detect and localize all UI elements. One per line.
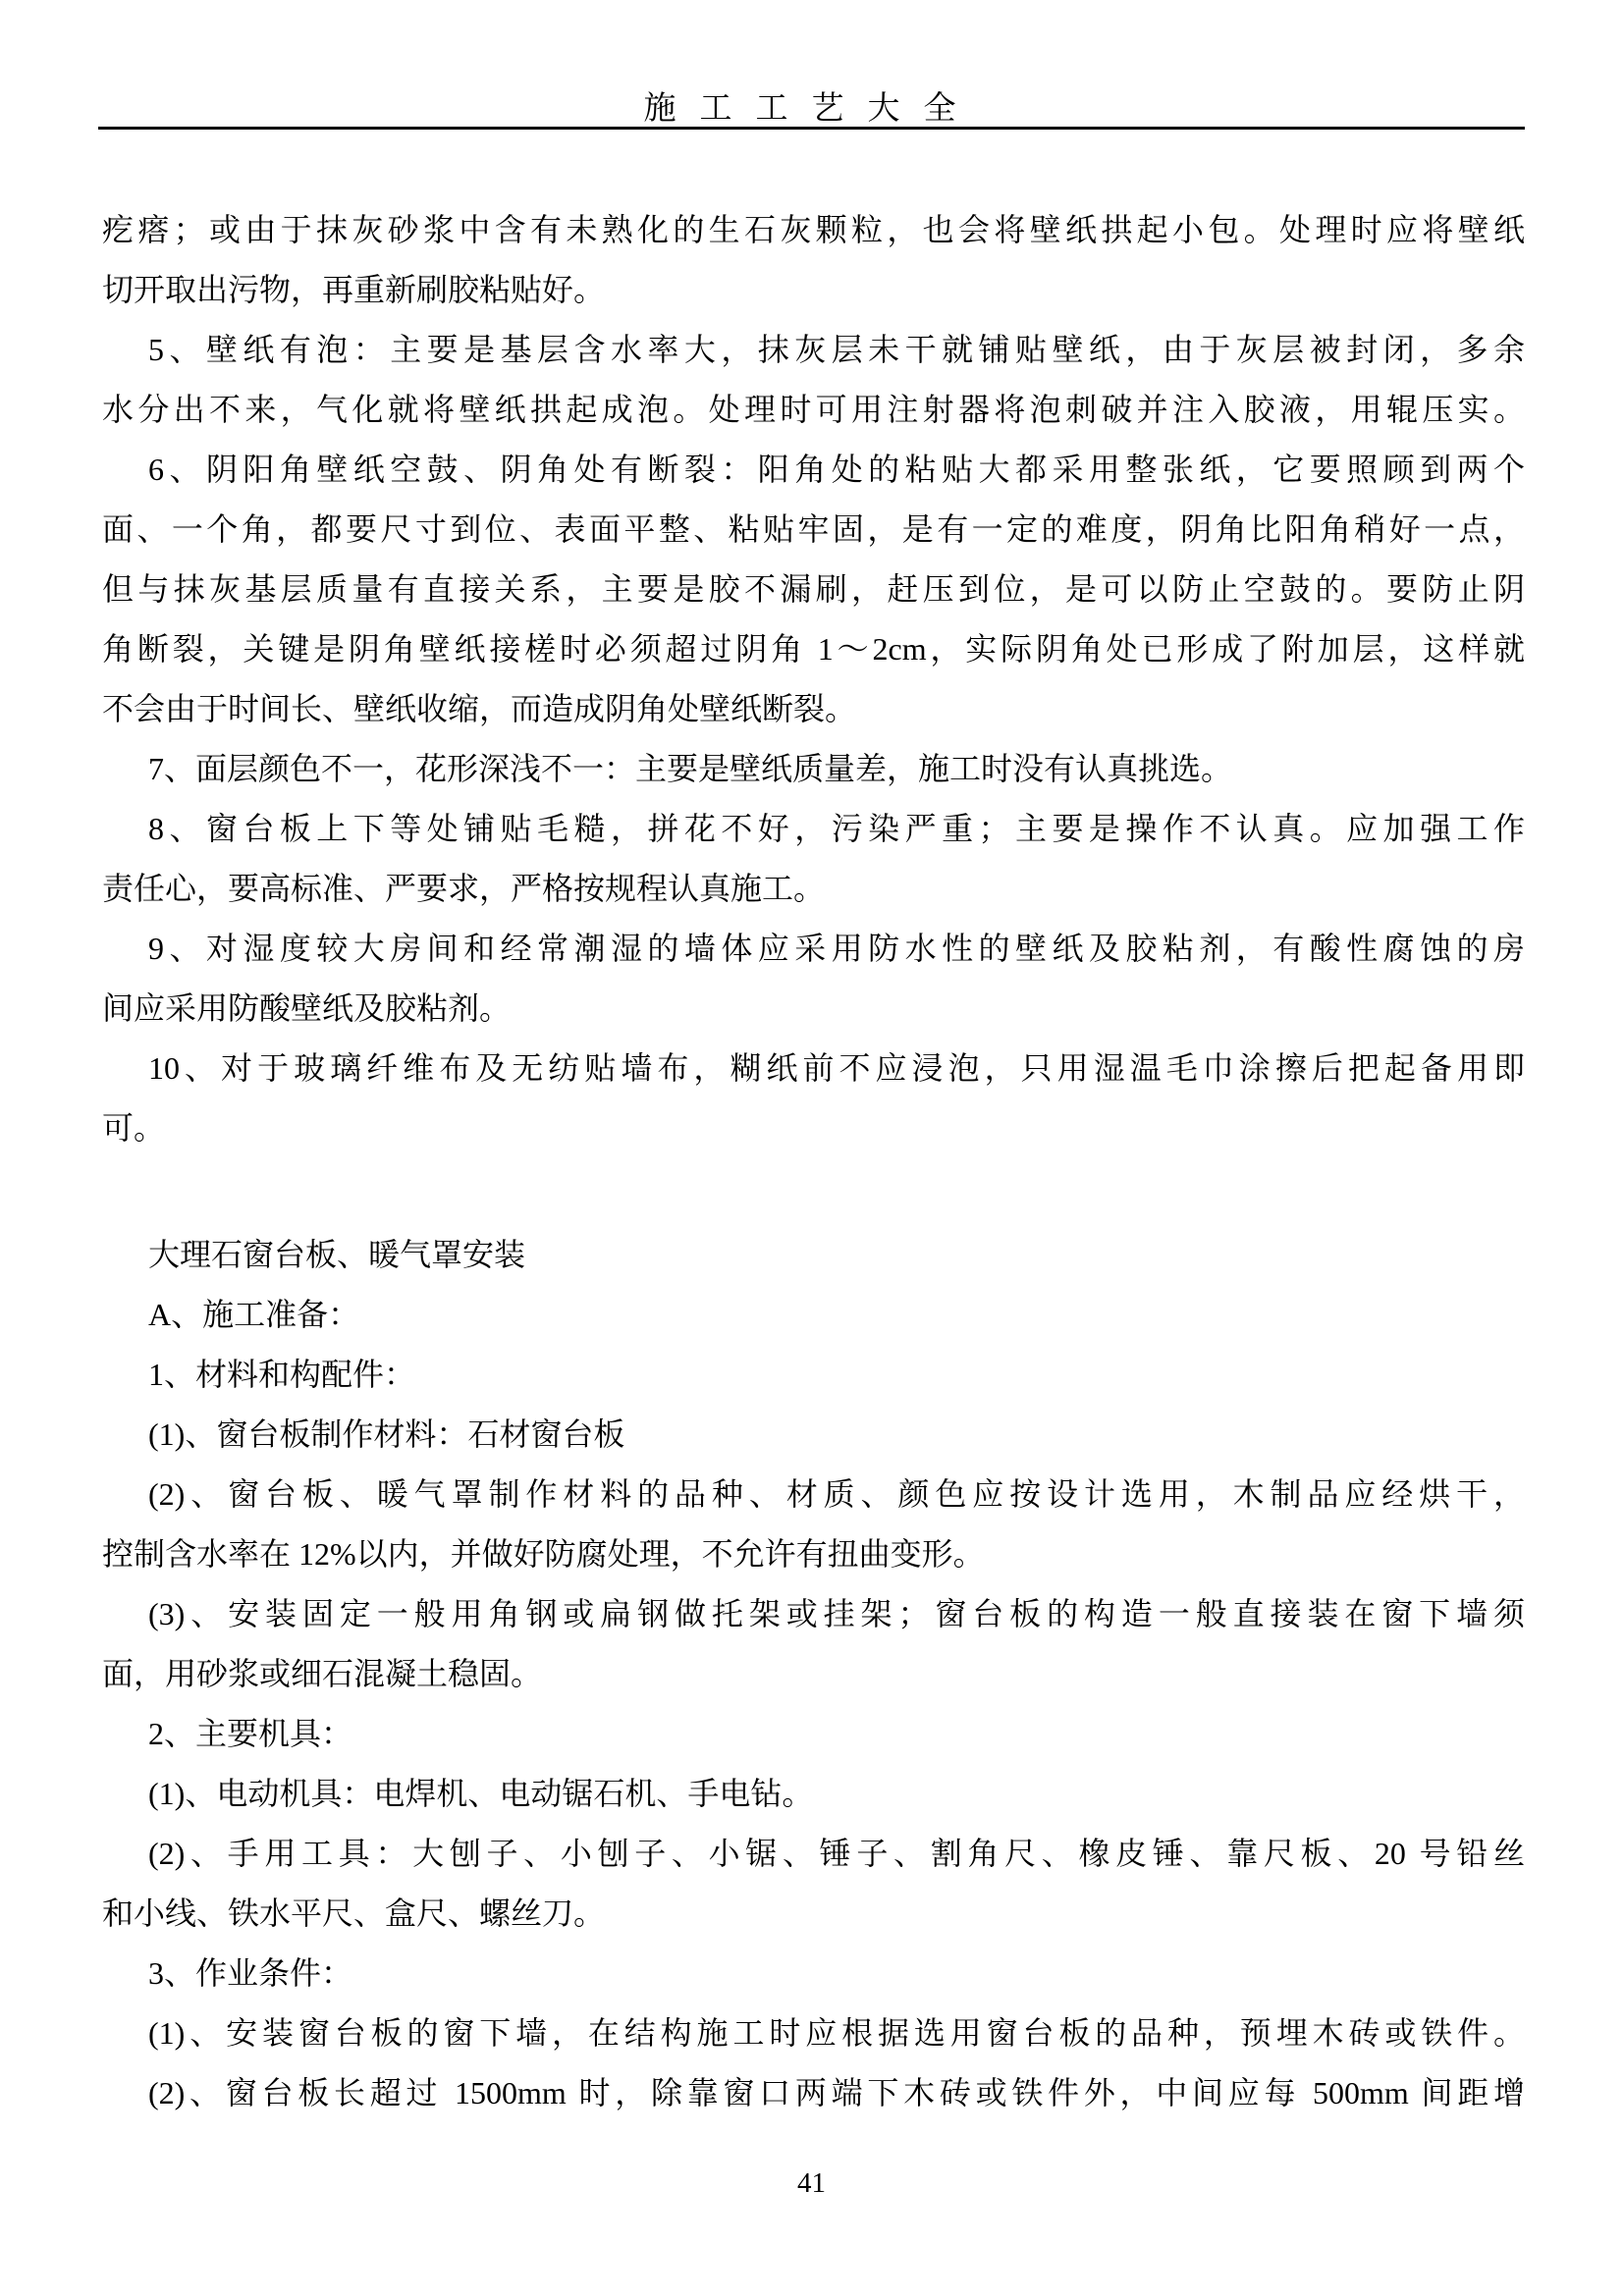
body-text-line: (2)、窗台板长超过 1500mm 时，除靠窗口两端下木砖或铁件外，中间应每 5…	[102, 2063, 1525, 2123]
body-text-line: 面、一个角，都要尺寸到位、表面平整、粘贴牢固，是有一定的难度，阴角比阳角稍好一点…	[102, 500, 1525, 560]
document-body: 疙瘩；或由于抹灰砂浆中含有未熟化的生石灰颗粒，也会将壁纸拱起小包。处理时应将壁纸…	[102, 200, 1525, 2123]
body-text-line: (1)、安装窗台板的窗下墙，在结构施工时应根据选用窗台板的品种，预埋木砖或铁件。	[102, 2003, 1525, 2063]
body-text-line: 切开取出污物，再重新刷胶粘贴好。	[102, 260, 1525, 320]
body-text-line: 9、对湿度较大房间和经常潮湿的墙体应采用防水性的壁纸及胶粘剂，有酸性腐蚀的房	[102, 919, 1525, 979]
body-text-line: 6、阴阳角壁纸空鼓、阴角处有断裂：阳角处的粘贴大都采用整张纸，它要照顾到两个	[102, 440, 1525, 500]
body-text-line: 疙瘩；或由于抹灰砂浆中含有未熟化的生石灰颗粒，也会将壁纸拱起小包。处理时应将壁纸	[102, 200, 1525, 260]
body-text-line: 控制含水率在 12%以内，并做好防腐处理，不允许有扭曲变形。	[102, 1524, 1525, 1584]
body-text-line: 3、作业条件：	[102, 1944, 1525, 2003]
body-text-line: 可。	[102, 1098, 1525, 1158]
body-text-line: (1)、窗台板制作材料：石材窗台板	[102, 1405, 1525, 1465]
body-text-line: 7、面层颜色不一，花形深浅不一：主要是壁纸质量差，施工时没有认真挑选。	[102, 739, 1525, 799]
body-text-line: 责任心，要高标准、严要求，严格按规程认真施工。	[102, 859, 1525, 919]
body-text-line: 面，用砂浆或细石混凝土稳固。	[102, 1644, 1525, 1704]
body-text-line: 角断裂，关键是阴角壁纸接槎时必须超过阴角 1～2cm，实际阴角处已形成了附加层，…	[102, 619, 1525, 679]
body-text-line: 和小线、铁水平尺、盒尺、螺丝刀。	[102, 1884, 1525, 1944]
body-text-line: 间应采用防酸壁纸及胶粘剂。	[102, 979, 1525, 1039]
body-text-line: 水分出不来，气化就将壁纸拱起成泡。处理时可用注射器将泡刺破并注入胶液，用辊压实。	[102, 380, 1525, 440]
body-text-line: (1)、电动机具：电焊机、电动锯石机、手电钻。	[102, 1764, 1525, 1824]
body-text-line: (2)、手用工具：大刨子、小刨子、小锯、锤子、割角尺、橡皮锤、靠尺板、20 号铅…	[102, 1824, 1525, 1884]
body-text-line: (2)、窗台板、暖气罩制作材料的品种、材质、颜色应按设计选用，木制品应经烘干，	[102, 1465, 1525, 1524]
body-text-line: A、施工准备：	[102, 1285, 1525, 1345]
body-text-line: 5、壁纸有泡：主要是基层含水率大，抹灰层未干就铺贴壁纸，由于灰层被封闭，多余	[102, 320, 1525, 380]
body-text-line: 8、窗台板上下等处铺贴毛糙，拼花不好，污染严重；主要是操作不认真。应加强工作	[102, 799, 1525, 859]
body-text-line: 不会由于时间长、壁纸收缩，而造成阴角处壁纸断裂。	[102, 679, 1525, 739]
body-text-line: 但与抹灰基层质量有直接关系，主要是胶不漏刷，赶压到位，是可以防止空鼓的。要防止阴	[102, 560, 1525, 619]
page-number: 41	[0, 2167, 1623, 2200]
body-text-line: 10、对于玻璃纤维布及无纺贴墙布，糊纸前不应浸泡，只用湿温毛巾涂擦后把起备用即	[102, 1039, 1525, 1098]
page-header-title: 施工工艺大全	[0, 82, 1623, 129]
section-title-line: 大理石窗台板、暖气罩安装	[102, 1225, 1525, 1285]
body-text-line: (3)、安装固定一般用角钢或扁钢做托架或挂架；窗台板的构造一般直接装在窗下墙须	[102, 1584, 1525, 1644]
body-text-line: 2、主要机具：	[102, 1704, 1525, 1764]
body-text-line: 1、材料和构配件：	[102, 1345, 1525, 1405]
header-rule	[98, 127, 1525, 130]
